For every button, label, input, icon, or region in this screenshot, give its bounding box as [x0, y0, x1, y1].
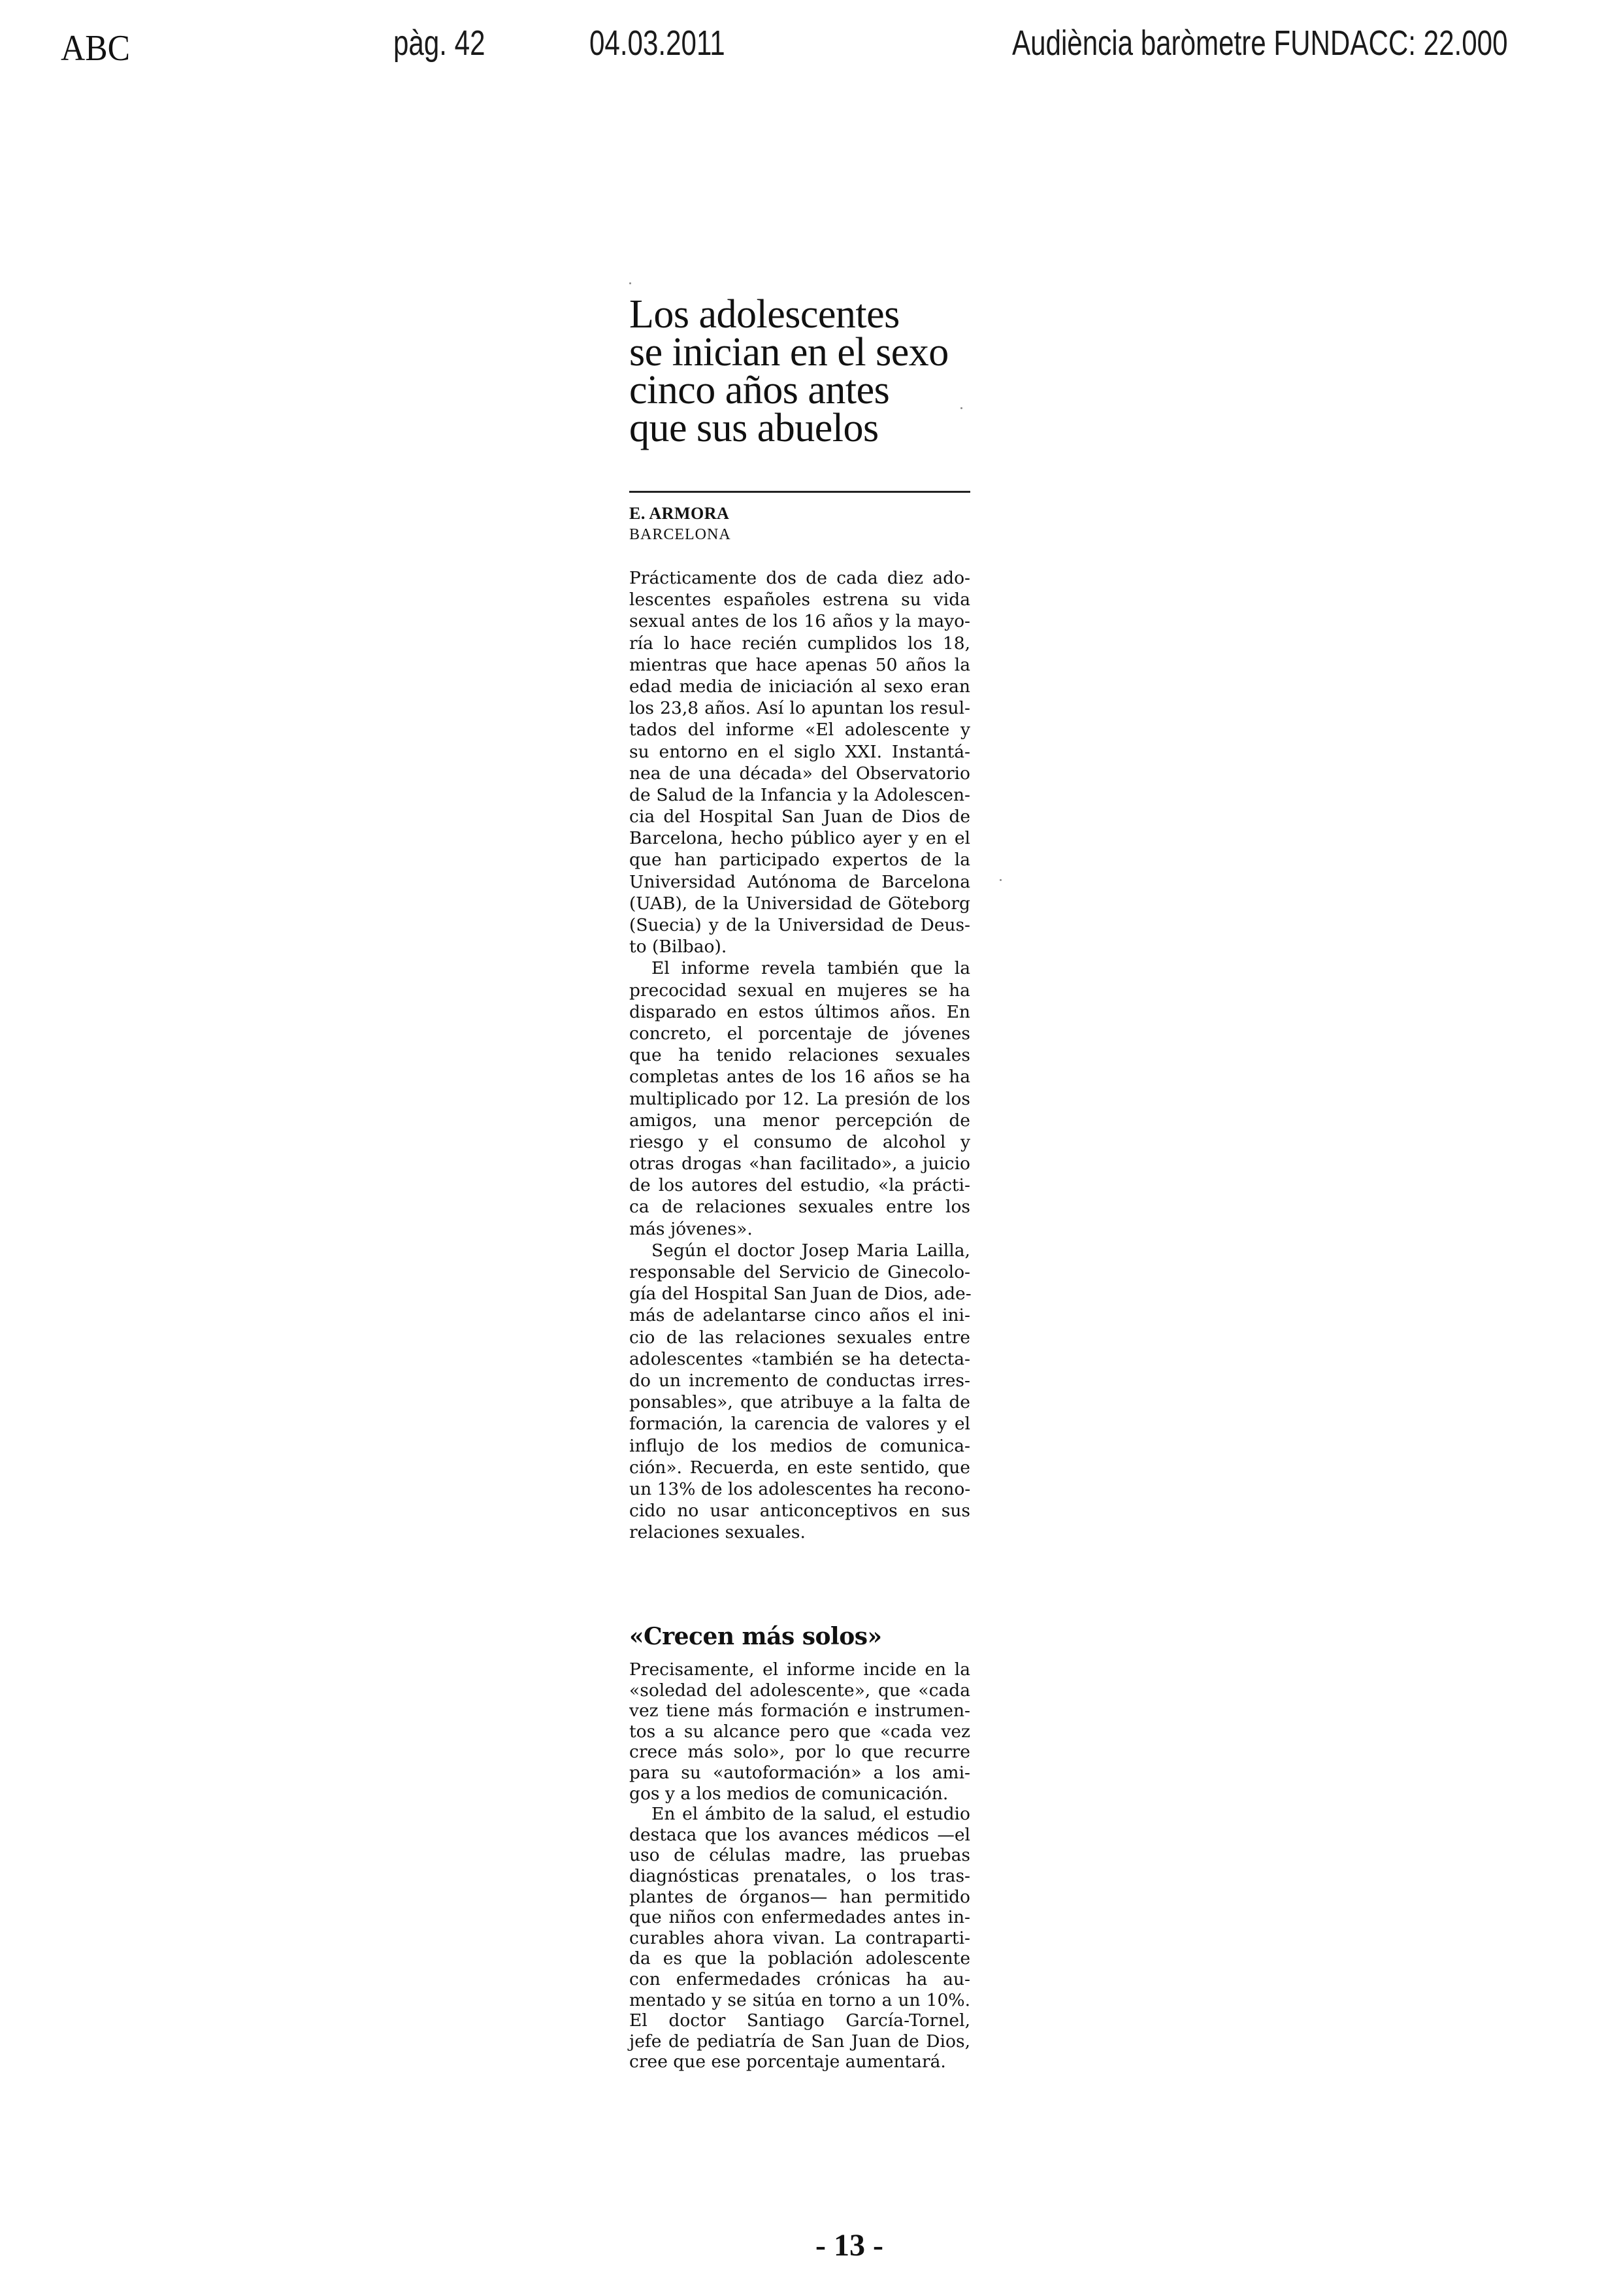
headline-line: se inician en el sexo [629, 333, 995, 371]
body-text-line: cio de las relaciones sexuales entre [629, 1327, 970, 1348]
body-text-line: da es que la población adolescente [629, 1948, 970, 1969]
headline-line: Los adolescentes [629, 295, 995, 333]
body-text-line: más de adelantarse cinco años el ini- [629, 1305, 970, 1326]
body-text-line: que han participado expertos de la [629, 849, 970, 871]
body-text-line: los 23,8 años. Así lo apuntan los resul- [629, 697, 970, 719]
body-text-line: Prácticamente dos de cada diez ado- [629, 567, 970, 589]
body-text-line: tos a su alcance pero que «cada vez [629, 1722, 970, 1742]
body-text-line: concreto, el porcentaje de jóvenes [629, 1023, 970, 1044]
body-text-line: sexual antes de los 16 años y la mayo- [629, 610, 970, 632]
article-subheading: «Crecen más solos» [629, 1622, 882, 1651]
body-text-line: diagnósticas prenatales, o los tras- [629, 1866, 970, 1887]
body-text-line: un 13% de los adolescentes ha recono- [629, 1478, 970, 1500]
body-text-line: completas antes de los 16 años se ha [629, 1066, 970, 1088]
body-text-line: do un incremento de conductas irres- [629, 1370, 970, 1391]
publication-date: 04.03.2011 [589, 24, 725, 63]
body-text-line: curables ahora vivan. La contraparti- [629, 1928, 970, 1949]
body-text-line: de Salud de la Infancia y la Adolescen- [629, 784, 970, 806]
body-text-line: influjo de los medios de comunica- [629, 1435, 970, 1457]
body-text-line: nea de una década» del Observatorio [629, 763, 970, 784]
body-text-line: de los autores del estudio, «la prácti- [629, 1174, 970, 1196]
body-text-line: gos y a los medios de comunicación. [629, 1784, 970, 1805]
body-text-line: multiplicado por 12. La presión de los [629, 1088, 970, 1110]
body-text-line: responsable del Servicio de Ginecolo- [629, 1261, 970, 1283]
body-text-line: mientras que hace apenas 50 años la [629, 654, 970, 676]
body-text-line: ponsables», que atribuye a la falta de [629, 1391, 970, 1413]
body-text-line: su entorno en el siglo XXI. Instantá- [629, 741, 970, 763]
body-text-line: ción». Recuerda, en este sentido, que [629, 1457, 970, 1478]
body-text-line: vez tiene más formación e instrumen- [629, 1701, 970, 1722]
body-text-line: «soledad del adolescente», que «cada [629, 1680, 970, 1701]
body-text-line: destaca que los avances médicos —el [629, 1825, 970, 1846]
article-headline: Los adolescentes se inician en el sexo c… [629, 295, 995, 447]
body-text-line: edad media de iniciación al sexo eran [629, 676, 970, 697]
body-text-line: más jóvenes». [629, 1218, 970, 1240]
scan-speck [960, 407, 962, 409]
body-text-line: que niños con enfermedades antes in- [629, 1907, 970, 1928]
page-reference: pàg. 42 [393, 24, 485, 63]
body-text-line: cido no usar anticonceptivos en sus [629, 1500, 970, 1522]
body-text-line: para su «autoformación» a los ami- [629, 1763, 970, 1784]
body-text-line: otras drogas «han facilitado», a juicio [629, 1153, 970, 1174]
body-text-line: Precisamente, el informe incide en la [629, 1659, 970, 1680]
publication-logo: ABC [61, 29, 130, 68]
page-number: - 13 - [810, 2227, 889, 2264]
body-text-line: gía del Hospital San Juan de Dios, ade- [629, 1283, 970, 1305]
body-text-line: ca de relaciones sexuales entre los [629, 1196, 970, 1218]
headline-divider [629, 491, 970, 493]
headline-line: que sus abuelos [629, 409, 995, 447]
body-text-line: con enfermedades crónicas ha au- [629, 1969, 970, 1990]
body-text-line: disparado en estos últimos años. En [629, 1001, 970, 1023]
dateline-location: BARCELONA [629, 524, 731, 545]
author-byline: E. ARMORA [629, 503, 729, 524]
body-text-line: En el ámbito de la salud, el estudio [629, 1804, 970, 1825]
body-text-line: Según el doctor Josep Maria Lailla, [629, 1240, 970, 1261]
body-text-line: precocidad sexual en mujeres se ha [629, 980, 970, 1001]
body-text-line: formación, la carencia de valores y el [629, 1413, 970, 1435]
audience-figure: Audiència baròmetre FUNDACC: 22.000 [1012, 24, 1508, 63]
body-text-line: plantes de órganos— han permitido [629, 1887, 970, 1908]
body-text-line: lescentes españoles estrena su vida [629, 589, 970, 610]
body-text-line: amigos, una menor percepción de [629, 1110, 970, 1131]
body-text-line: jefe de pediatría de San Juan de Dios, [629, 2031, 970, 2052]
body-text-line: ría lo hace recién cumplidos los 18, [629, 633, 970, 654]
body-text-line: (Suecia) y de la Universidad de Deus- [629, 914, 970, 936]
body-text-line: (UAB), de la Universidad de Göteborg [629, 893, 970, 914]
body-text-line: cree que ese porcentaje aumentará. [629, 2052, 970, 2072]
body-text-line: to (Bilbao). [629, 936, 970, 957]
body-text-line: Universidad Autónoma de Barcelona [629, 871, 970, 893]
body-text-line: riesgo y el consumo de alcohol y [629, 1131, 970, 1153]
body-text-line: mentado y se sitúa en torno a un 10%. [629, 1990, 970, 2011]
body-text-line: crece más solo», por lo que recurre [629, 1742, 970, 1763]
article-body-part-2: Precisamente, el informe incide en la«so… [629, 1659, 970, 2072]
body-text-line: uso de células madre, las pruebas [629, 1845, 970, 1866]
article-body-part-1: Prácticamente dos de cada diez ado-lesce… [629, 567, 970, 1543]
body-text-line: tados del informe «El adolescente y [629, 719, 970, 740]
scan-speck [629, 282, 631, 284]
body-text-line: El informe revela también que la [629, 957, 970, 979]
body-text-line: El doctor Santiago García-Tornel, [629, 2010, 970, 2031]
headline-line: cinco años antes [629, 371, 995, 409]
scan-speck [1000, 879, 1002, 881]
body-text-line: relaciones sexuales. [629, 1522, 970, 1543]
body-text-line: Barcelona, hecho público ayer y en el [629, 827, 970, 849]
body-text-line: que ha tenido relaciones sexuales [629, 1044, 970, 1066]
body-text-line: adolescentes «también se ha detecta- [629, 1348, 970, 1370]
body-text-line: cia del Hospital San Juan de Dios de [629, 806, 970, 827]
